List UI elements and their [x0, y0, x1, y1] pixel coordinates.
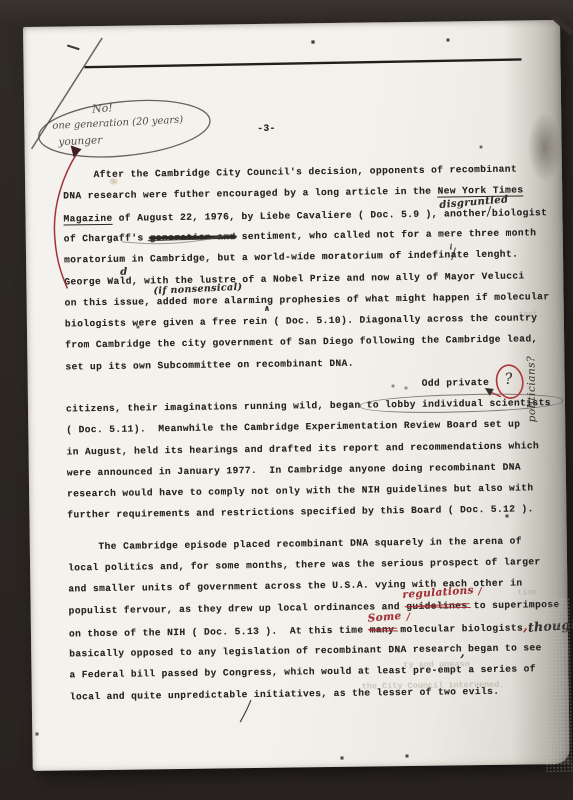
body-line: from Cambridge the city government of Sa…: [65, 333, 538, 350]
body-text: basically opposed to any legislation of …: [69, 643, 462, 659]
edge-smudge: [527, 112, 562, 182]
body-line: George Wald,d with the lustre of a Nobel…: [64, 270, 524, 287]
body-line: citizens, their imaginations running wil…: [66, 397, 551, 414]
struck-out-text: generation and: [150, 231, 236, 243]
red-struck-text: manySome: [370, 624, 395, 635]
body-line: basically opposed to any legislation of …: [69, 642, 542, 659]
body-text: populist fervour, as they drew up local …: [69, 601, 407, 616]
body-text: citizens, their imaginations running wil…: [66, 400, 367, 415]
body-line: a Federal bill passed by Congress, which…: [69, 663, 536, 680]
body-text: biologistdisgruntled: [492, 207, 547, 219]
body-text: te lenght.: [457, 249, 519, 261]
body-text: biologist: [492, 207, 547, 219]
body-line: ( Doc. 5.11). Meanwhile the Cambridge Ex…: [66, 419, 520, 436]
underlined-title: Magazine: [63, 213, 112, 226]
body-text: on this issue, added more alarming: [65, 295, 274, 309]
body-line: populist fervour, as they drew up local …: [69, 599, 560, 616]
body-line: research would have to comply not only w…: [67, 482, 534, 499]
body-text: began to see: [462, 642, 542, 654]
caret-mark: ∧: [264, 303, 271, 314]
ghost-text: tion.: [517, 588, 541, 597]
body-line: of Chargaff's generation and sentiment, …: [64, 227, 537, 244]
body-text: moratorium in Cambridge, but a world-wid…: [64, 249, 451, 265]
handwritten-i-correction: i: [449, 241, 452, 252]
body-line: biologists were given a free rein ( Doc.…: [65, 312, 538, 329]
body-text: of August 22, 1976, by Liebe Cavaliere (…: [113, 208, 487, 224]
margin-note-no: No!: [92, 101, 113, 115]
body-line: on this issue, added more alarming(if no…: [65, 291, 550, 308]
page-number: -3-: [257, 123, 276, 134]
top-rule-line: [85, 59, 522, 67]
handwritten-some: Some: [367, 611, 402, 625]
bottom-pen-mark: [240, 700, 251, 722]
body-line: in August, held its hearings and drafted…: [66, 440, 539, 457]
body-text: of Chargaff's: [64, 232, 150, 244]
body-text: many: [370, 624, 395, 635]
body-text: on this issue, added more alarming(if no…: [65, 295, 274, 309]
margin-note-generation: one generation (20 years): [52, 115, 183, 132]
typescript-page: test. tion. ty and uneaso the City Counc…: [23, 20, 570, 771]
body-text: basically opposed to any legislation of …: [69, 643, 462, 659]
scanned-photo-background: test. tion. ty and uneaso the City Counc…: [0, 0, 573, 800]
slashed-letter: ai: [451, 249, 457, 260]
body-text: on those of the NIH ( Doc. 5.13 ). At th…: [69, 625, 370, 640]
body-text: sentiment, who called not for a mere thr…: [236, 227, 537, 242]
body-line: moratorium in Cambridge, but a world-wid…: [64, 249, 518, 266]
body-line: were announced in January 1977. In Cambr…: [67, 462, 521, 479]
body-line: After the Cambridge City Council's decis…: [63, 164, 517, 181]
body-line: local and quite unpredictable initiative…: [70, 686, 500, 703]
body-line: on those of the NIH ( Doc. 5.13 ). At th…: [69, 620, 573, 640]
body-line: set up its own Subcommittee on recombina…: [65, 358, 354, 373]
body-line: Odd private: [422, 377, 490, 389]
handwritten-comma: ,: [460, 647, 465, 658]
body-line: further requirements and restrictions sp…: [67, 503, 534, 520]
red-struck-text: guidelinesregulations: [406, 600, 468, 612]
margin-note-younger: younger: [58, 134, 102, 148]
dust-specks: [0, 0, 2, 2]
body-text: guidelines: [406, 600, 468, 612]
pencil-tick: [67, 45, 79, 49]
body-text: molecular biologists: [394, 623, 523, 636]
body-line: local politics and, for some months, the…: [68, 556, 541, 573]
body-text: DNA research were futher encouraged by a…: [63, 186, 437, 202]
body-line: Magazine of August 22, 1976, by Liebe Ca…: [63, 206, 547, 224]
margin-note-politicians: politicians?: [525, 318, 538, 422]
handwritten-d: d: [120, 267, 128, 278]
pencil-circled-phrase: to lobby individual scientists: [367, 397, 551, 410]
body-line: The Cambridge episode placed recombinant…: [68, 536, 522, 553]
next-page-halftone-edge: [542, 598, 572, 772]
body-text: George Wald,d: [64, 276, 138, 288]
diagonal-pencil-line: [30, 38, 103, 149]
handwritten-regulations: regulations: [402, 585, 474, 601]
